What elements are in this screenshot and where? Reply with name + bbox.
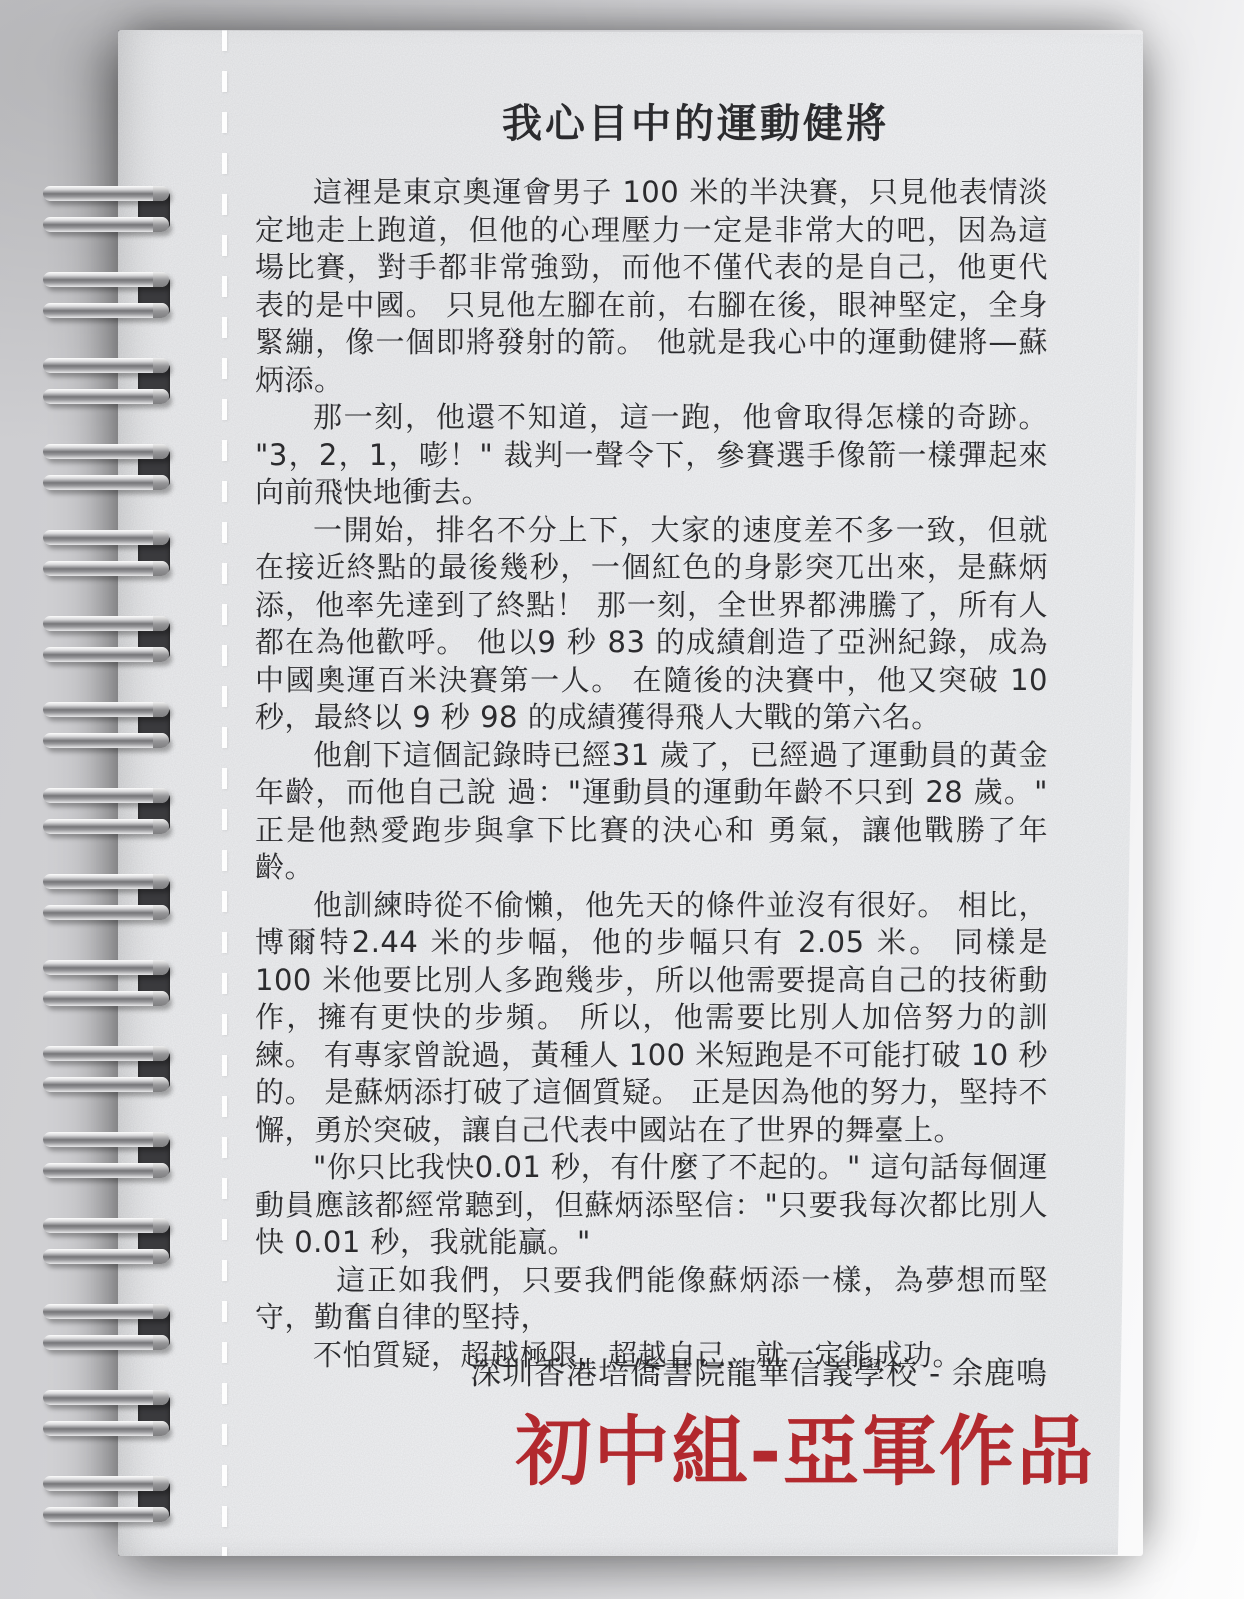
essay-paragraph: 這裡是東京奧運會男子 100 米的半決賽，只見他表情淡定地走上跑道，但他的心理壓…	[255, 174, 1048, 399]
perforation-line	[222, 30, 227, 1556]
attribution-line: 深圳香港培僑書院龍華信義學校 - 余鹿鳴	[470, 1348, 1048, 1393]
essay-paragraph: 這正如我們，只要我們能像蘇炳添一樣，為夢想而堅守，勤奮自律的堅持，	[255, 1262, 1048, 1337]
essay-paragraph: 他訓練時從不偷懶，他先天的條件並沒有很好。 相比，博爾特2.44 米的步幅，他的…	[255, 887, 1048, 1150]
essay-paragraph: 他創下這個記錄時已經31 歲了，已經過了運動員的黃金年齡，而他自己說 過："運動…	[255, 737, 1048, 887]
award-stamp: 初中組-亞軍作品	[255, 1404, 1095, 1499]
backdrop: 我心目中的運動健將 這裡是東京奧運會男子 100 米的半決賽，只見他表情淡定地走…	[0, 0, 1244, 1599]
essay: 我心目中的運動健將 這裡是東京奧運會男子 100 米的半決賽，只見他表情淡定地走…	[255, 30, 1048, 1556]
essay-paragraph: 一開始，排名不分上下，大家的速度差不多一致，但就在接近終點的最後幾秒，一個紅色的…	[255, 512, 1048, 737]
essay-paragraph: "你只比我快0.01 秒，有什麼了不起的。" 這句話每個運動員應該都經常聽到，但…	[255, 1149, 1048, 1262]
essay-paragraph: 那一刻，他還不知道，這一跑，他會取得怎樣的奇跡。 "3，2，1，嘭！" 裁判一聲…	[255, 399, 1048, 512]
essay-title: 我心目中的運動健將	[299, 100, 1092, 148]
notebook-page: 我心目中的運動健將 這裡是東京奧運會男子 100 米的半決賽，只見他表情淡定地走…	[118, 30, 1143, 1556]
